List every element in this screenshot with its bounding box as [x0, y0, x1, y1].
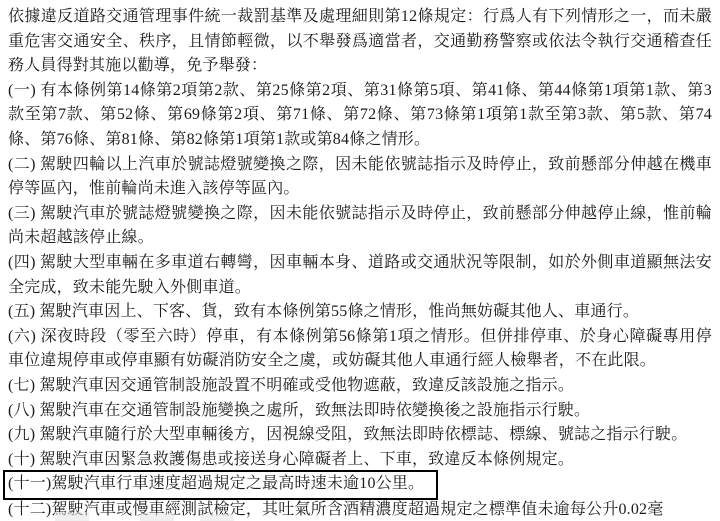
list-item-5: (五) 駕駛汽車因上、下客、貨，致有本條例第55條之情形，惟尚無妨礙其他人、車通…: [8, 300, 712, 325]
highlighted-item-11: (十一)駕駛汽車行車速度超過規定之最高時速未逾10公里。: [3, 470, 438, 500]
list-item-9: (九) 駕駛汽車隨行於大型車輛後方，因視線受阻，致無法即時依標誌、標線、號誌之指…: [8, 423, 712, 448]
list-item-6: (六) 深夜時段（零至六時）停車，有本條例第56條第1項之情形。但併排停車、於身…: [8, 325, 712, 374]
list-item-12: (十二)駕駛汽車或慢車經測試檢定，其吐氣所含酒精濃度超過規定之標準值未逾每公升0…: [8, 498, 712, 521]
document-page: 依據違反道路交通管理事件統一裁罰基準及處理細則第12條規定：行爲人有下列情形之一…: [0, 0, 720, 521]
list-item-2: (二) 駕駛四輪以上汽車於號誌燈號變換之際，因未能依號誌指示及時停止，致前懸部分…: [8, 153, 712, 202]
list-item-1: (一) 有本條例第14條第2項第2款、第25條第2項、第31條第5項、第41條、…: [8, 79, 712, 153]
list-item-10: (十) 駕駛汽車因緊急救護傷患或接送身心障礙者上、下車，致違反本條例規定。: [8, 448, 712, 473]
intro-paragraph: 依據違反道路交通管理事件統一裁罰基準及處理細則第12條規定：行爲人有下列情形之一…: [8, 5, 712, 79]
list-item-8: (八) 駕駛汽車在交通管制設施變換之處所，致無法即時依變換後之設施指示行駛。: [8, 399, 712, 424]
list-item-7: (七) 駕駛汽車因交通管制設施設置不明確或受他物遮蔽，致違反該設施之指示。: [8, 374, 712, 399]
list-item-3: (三) 駕駛汽車於號誌燈號變換之際，因未能依號誌指示及時停止，致前懸部分伸越停止…: [8, 202, 712, 251]
list-item-4: (四) 駕駛大型車輛在多車道右轉彎，因車輛本身、道路或交通狀況等限制，如於外側車…: [8, 251, 712, 300]
